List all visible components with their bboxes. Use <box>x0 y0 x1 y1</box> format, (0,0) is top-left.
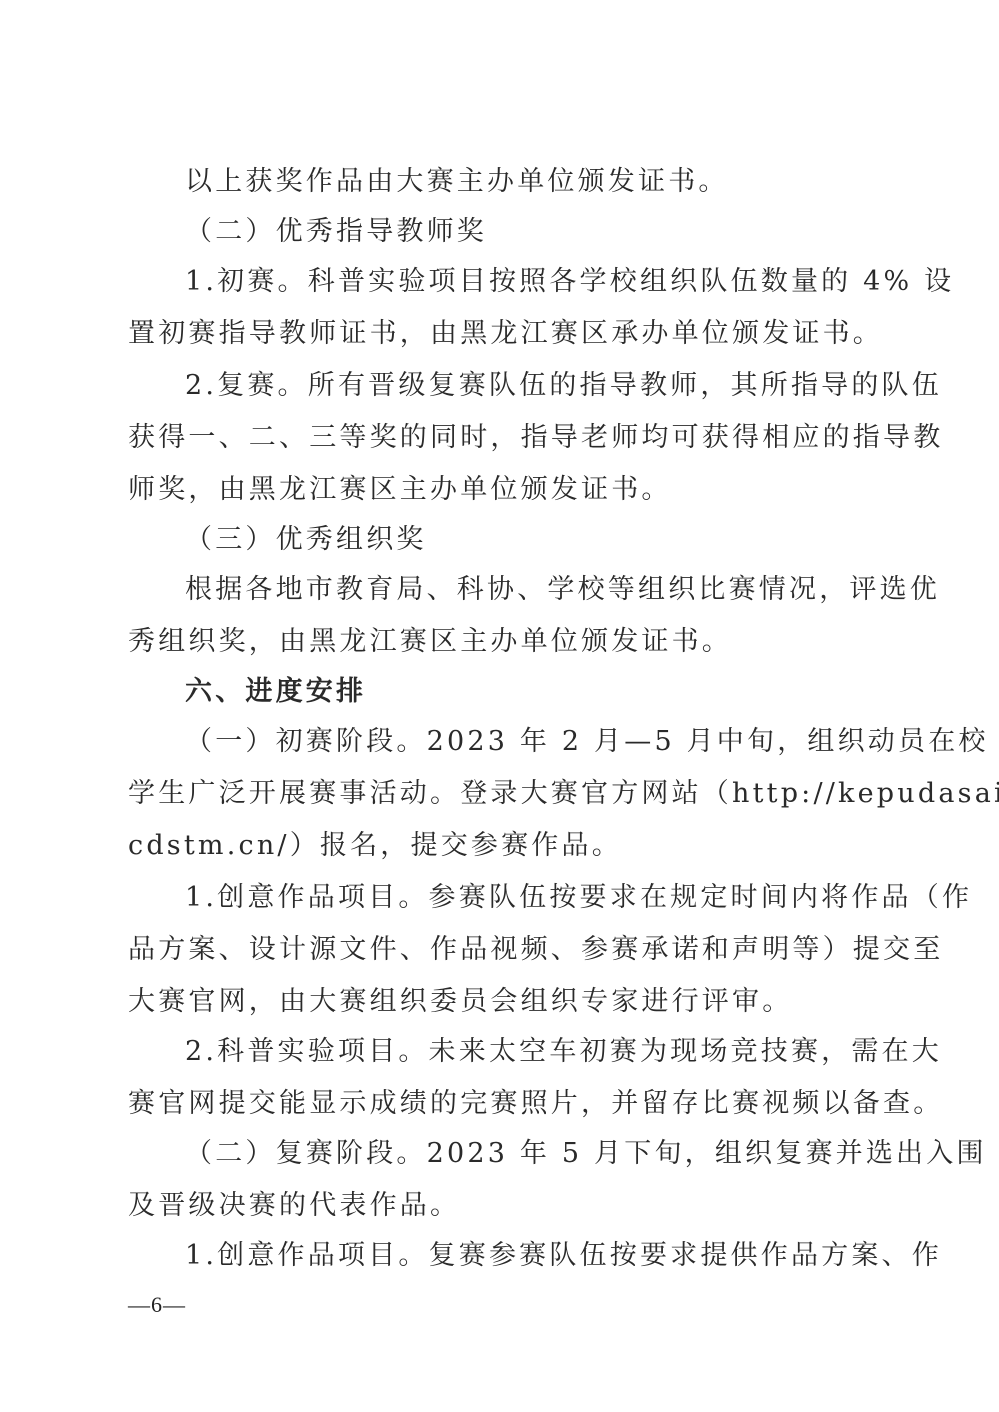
paragraph-line: 2.科普实验项目。未来太空车初赛为现场竞技赛，需在大 <box>185 1036 942 1068</box>
section-heading-schedule: 六、进度安排 <box>185 676 366 708</box>
page-number: —6— <box>128 1292 186 1318</box>
paragraph-line: 获得一、二、三等奖的同时，指导老师均可获得相应的指导教 <box>128 422 943 454</box>
paragraph-line: 师奖，由黑龙江赛区主办单位颁发证书。 <box>128 474 672 506</box>
paragraph-line: 赛官网提交能显示成绩的完赛照片，并留存比赛视频以备查。 <box>128 1088 943 1120</box>
paragraph-line: 1.创意作品项目。参赛队伍按要求在规定时间内将作品（作 <box>185 882 972 914</box>
paragraph-line: 及晋级决赛的代表作品。 <box>128 1190 460 1222</box>
paragraph-line: 1.初赛。科普实验项目按照各学校组织队伍数量的 4% 设 <box>185 266 954 298</box>
paragraph-line: 秀组织奖，由黑龙江赛区主办单位颁发证书。 <box>128 626 732 658</box>
paragraph-line: 大赛官网，由大赛组织委员会组织专家进行评审。 <box>128 986 792 1018</box>
paragraph-line: 1.创意作品项目。复赛参赛队伍按要求提供作品方案、作 <box>185 1240 942 1272</box>
paragraph-line: 置初赛指导教师证书，由黑龙江赛区承办单位颁发证书。 <box>128 318 883 350</box>
paragraph-line: （一）初赛阶段。2023 年 2 月—5 月中旬，组织动员在校 <box>185 726 989 758</box>
paragraph-line-url: 学生广泛开展赛事活动。登录大赛官方网站（http://kepudasai. <box>128 778 999 810</box>
subheading-teacher-award: （二）优秀指导教师奖 <box>185 216 487 248</box>
paragraph-line: （二）复赛阶段。2023 年 5 月下旬，组织复赛并选出入围 <box>185 1138 987 1170</box>
paragraph-line: 2.复赛。所有晋级复赛队伍的指导教师，其所指导的队伍 <box>185 370 942 402</box>
paragraph-line: cdstm.cn/）报名，提交参赛作品。 <box>128 830 622 862</box>
paragraph-line: 品方案、设计源文件、作品视频、参赛承诺和声明等）提交至 <box>128 934 943 966</box>
paragraph-line: 根据各地市教育局、科协、学校等组织比赛情况，评选优 <box>185 574 940 606</box>
subheading-organization-award: （三）优秀组织奖 <box>185 524 427 556</box>
document-page: 以上获奖作品由大赛主办单位颁发证书。 （二）优秀指导教师奖 1.初赛。科普实验项… <box>0 0 999 1412</box>
paragraph-certificate-note: 以上获奖作品由大赛主办单位颁发证书。 <box>185 166 729 198</box>
